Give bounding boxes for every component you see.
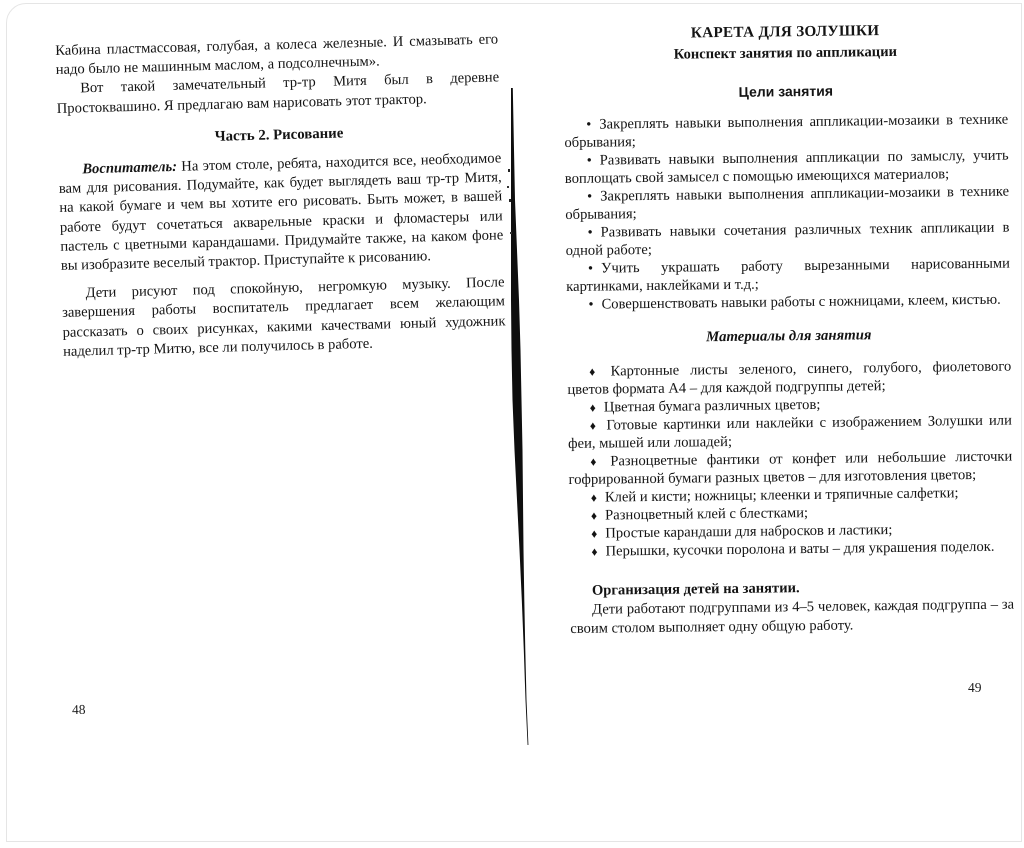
- goal-item-text: Развивать навыки выполнения аппликации п…: [565, 148, 1009, 187]
- material-item-text: Клей и кисти; ножницы; клеенки и тряпичн…: [605, 485, 959, 505]
- bullet-diamond-icon: ♦: [589, 365, 603, 379]
- chapter-subtitle: Конспект занятия по аппликации: [563, 42, 1007, 65]
- bullet-dot-icon: •: [586, 117, 591, 133]
- bullet-diamond-icon: ♦: [590, 401, 596, 415]
- goal-item-text: Совершенствовать навыки работы с ножница…: [601, 292, 1000, 313]
- material-item-text: Разноцветный клей с блестками;: [605, 505, 808, 523]
- materials-list: ♦Картонные листы зеленого, синего, голуб…: [567, 358, 1013, 561]
- material-item-text: Картонные листы зеленого, синего, голубо…: [567, 359, 1011, 398]
- bullet-dot-icon: •: [587, 189, 592, 205]
- materials-heading: Материалы для занятия: [567, 326, 1011, 348]
- scan-speckle: [509, 199, 511, 202]
- gutter-shadow-shape: [511, 88, 528, 745]
- goal-item-text: Закреплять навыки выполнения аппликации-…: [565, 184, 1009, 223]
- bullet-dot-icon: •: [588, 297, 593, 313]
- left-page: Кабина пластмассовая, голубая, а колеса …: [55, 30, 506, 362]
- goal-item: •Закреплять навыки выполнения аппликации…: [565, 183, 1009, 224]
- page-number-right: 49: [968, 680, 982, 696]
- bullet-dot-icon: •: [588, 261, 593, 277]
- material-item: ♦Готовые картинки или наклейки с изображ…: [568, 412, 1012, 453]
- paragraph-teacher-speech: Воспитатель: На этом столе, ребята, нахо…: [58, 149, 504, 276]
- scan-speckle: [507, 186, 509, 188]
- goals-list: •Закреплять навыки выполнения аппликации…: [564, 111, 1010, 314]
- material-item-text: Разноцветные фантики от конфет или небол…: [568, 449, 1012, 488]
- goal-item-text: Закреплять навыки выполнения аппликации-…: [564, 112, 1008, 151]
- paragraph-children-drawing: Дети рисуют под спокойную, негромкую муз…: [61, 274, 506, 362]
- bullet-dot-icon: •: [587, 225, 592, 241]
- chapter-title: КАРЕТА ДЛЯ ЗОЛУШКИ: [563, 21, 1007, 44]
- bullet-diamond-icon: ♦: [591, 509, 597, 523]
- goal-item: •Закреплять навыки выполнения аппликации…: [564, 111, 1008, 152]
- bullet-diamond-icon: ♦: [590, 455, 602, 469]
- goal-item: •Развивать навыки выполнения аппликации …: [565, 147, 1009, 188]
- scan-speckle: [508, 169, 510, 172]
- material-item: ♦Картонные листы зеленого, синего, голуб…: [567, 358, 1011, 399]
- bullet-dot-icon: •: [587, 153, 592, 169]
- goal-item-text: Развивать навыки сочетания различных тех…: [566, 220, 1010, 259]
- bullet-diamond-icon: ♦: [591, 545, 597, 559]
- speaker-label: Воспитатель:: [82, 159, 177, 177]
- organization-text: Дети работают подгруппами из 4–5 человек…: [570, 596, 1014, 639]
- material-item-text: Готовые картинки или наклейки с изображе…: [568, 413, 1012, 452]
- bullet-diamond-icon: ♦: [590, 419, 599, 433]
- bullet-diamond-icon: ♦: [591, 527, 597, 541]
- material-item-text: Цветная бумага различных цветов;: [604, 397, 821, 416]
- right-page: КАРЕТА ДЛЯ ЗОЛУШКИ Конспект занятия по а…: [563, 21, 1014, 639]
- bullet-diamond-icon: ♦: [591, 491, 597, 505]
- goal-item: •Развивать навыки сочетания различных те…: [565, 219, 1009, 260]
- goals-heading: Цели занятия: [564, 81, 1008, 102]
- scan-speckle: [510, 232, 512, 234]
- material-item-text: Перышки, кусочки поролона и ваты – для у…: [605, 539, 994, 560]
- section-heading-drawing: Часть 2. Рисование: [57, 120, 500, 151]
- goal-item-text: Учить украшать работу вырезанными нарисо…: [566, 256, 1010, 295]
- goal-item: •Учить украшать работу вырезанными нарис…: [566, 255, 1010, 296]
- material-item: ♦Разноцветные фантики от конфет или небо…: [568, 448, 1012, 489]
- page-number-left: 48: [72, 702, 86, 718]
